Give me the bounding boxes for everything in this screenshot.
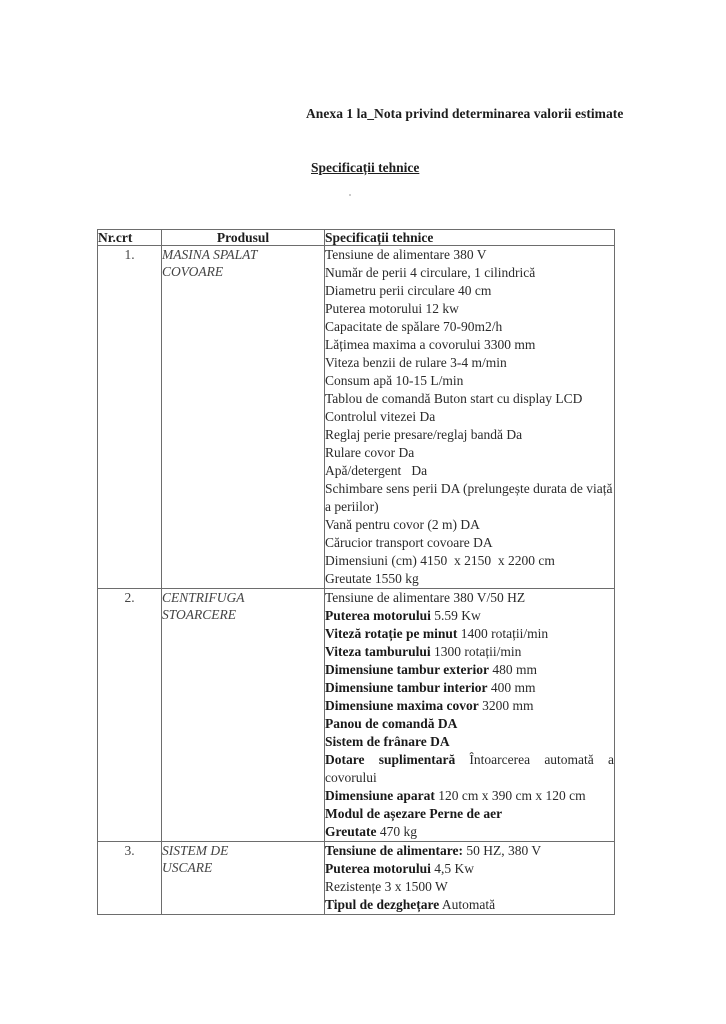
spec-line: Puterea motorului 12 kw bbox=[325, 300, 614, 318]
spec-value: Diametru perii circulare 40 cm bbox=[325, 283, 491, 298]
spec-line: Viteza benzii de rulare 3-4 m/min bbox=[325, 354, 614, 372]
spec-label: Tensiune de alimentare: bbox=[325, 843, 463, 858]
spec-line: Rezistențe 3 x 1500 W bbox=[325, 878, 614, 896]
spec-line: Panou de comandă DA bbox=[325, 715, 614, 733]
spec-line: Viteză rotație pe minut 1400 rotații/min bbox=[325, 625, 614, 643]
spec-value: 470 kg bbox=[376, 824, 417, 839]
annex-title: Anexa 1 la_Nota privind determinarea val… bbox=[306, 106, 623, 122]
spec-line: Consum apă 10-15 L/min bbox=[325, 372, 614, 390]
product-name: CENTRIFUGA STOARCERE bbox=[162, 589, 272, 623]
spec-line: Vană pentru covor (2 m) DA bbox=[325, 516, 614, 534]
spec-line: Schimbare sens perii DA (prelungește dur… bbox=[325, 480, 614, 516]
spec-line: Puterea motorului 4,5 Kw bbox=[325, 860, 614, 878]
table-row: 1.MASINA SPALAT COVOARETensiune de alime… bbox=[98, 246, 615, 589]
spec-value: Greutate 1550 kg bbox=[325, 571, 419, 586]
spec-label: Puterea motorului bbox=[325, 861, 431, 876]
spec-line: Greutate 1550 kg bbox=[325, 570, 614, 588]
spec-value: Rezistențe 3 x 1500 W bbox=[325, 879, 448, 894]
spec-line: Lățimea maxima a covorului 3300 mm bbox=[325, 336, 614, 354]
spec-line: Dimensiune aparat 120 cm x 390 cm x 120 … bbox=[325, 787, 614, 805]
spec-label: Dotare suplimentară bbox=[325, 752, 455, 767]
spec-line: Tensiune de alimentare 380 V bbox=[325, 246, 614, 264]
spec-value: Lățimea maxima a covorului 3300 mm bbox=[325, 337, 535, 352]
spec-label: Dimensiune maxima covor bbox=[325, 698, 479, 713]
spec-label: Viteza tamburului bbox=[325, 644, 431, 659]
table-row: 3.SISTEM DE USCARETensiune de alimentare… bbox=[98, 842, 615, 915]
spec-value: Număr de perii 4 circulare, 1 cilindrică bbox=[325, 265, 535, 280]
spec-line: Dimensiune tambur interior 400 mm bbox=[325, 679, 614, 697]
specifications-cell: Tensiune de alimentare 380 V/50 HZPutere… bbox=[325, 589, 615, 842]
product-name: SISTEM DE USCARE bbox=[162, 842, 272, 876]
product-cell: CENTRIFUGA STOARCERE bbox=[162, 589, 325, 842]
spec-line: Tensiune de alimentare 380 V/50 HZ bbox=[325, 589, 614, 607]
spec-value: Tensiune de alimentare 380 V bbox=[325, 247, 487, 262]
product-cell: SISTEM DE USCARE bbox=[162, 842, 325, 915]
spec-value: Consum apă 10-15 L/min bbox=[325, 373, 463, 388]
spec-label: Sistem de frânare DA bbox=[325, 734, 450, 749]
spec-value: Apă/detergent Da bbox=[325, 463, 427, 478]
spec-line: Dimensiune maxima covor 3200 mm bbox=[325, 697, 614, 715]
specifications-cell: Tensiune de alimentare 380 VNumăr de per… bbox=[325, 246, 615, 589]
spec-line: Controlul vitezei Da bbox=[325, 408, 614, 426]
spec-line: Greutate 470 kg bbox=[325, 823, 614, 841]
spec-value: Capacitate de spălare 70-90m2/h bbox=[325, 319, 502, 334]
header-nr-crt: Nr.crt bbox=[98, 230, 162, 246]
spec-line: Reglaj perie presare/reglaj bandă Da bbox=[325, 426, 614, 444]
spec-value: Automată bbox=[439, 897, 495, 912]
spec-value: Viteza benzii de rulare 3-4 m/min bbox=[325, 355, 507, 370]
table-header-row: Nr.crt Produsul Specificații tehnice bbox=[98, 230, 615, 246]
spec-label: Tipul de dezghețare bbox=[325, 897, 439, 912]
spec-line: Rulare covor Da bbox=[325, 444, 614, 462]
spec-line: Sistem de frânare DA bbox=[325, 733, 614, 751]
header-product: Produsul bbox=[162, 230, 325, 246]
spec-value: Dimensiuni (cm) 4150 x 2150 x 2200 cm bbox=[325, 553, 555, 568]
spec-line: Diametru perii circulare 40 cm bbox=[325, 282, 614, 300]
spec-line: Capacitate de spălare 70-90m2/h bbox=[325, 318, 614, 336]
spec-line: Tensiune de alimentare: 50 HZ, 380 V bbox=[325, 842, 614, 860]
spec-value: 4,5 Kw bbox=[431, 861, 474, 876]
spec-line: Dimensiune tambur exterior 480 mm bbox=[325, 661, 614, 679]
spec-value: Reglaj perie presare/reglaj bandă Da bbox=[325, 427, 522, 442]
spec-value: 1300 rotații/min bbox=[431, 644, 522, 659]
spec-label: Dimensiune tambur exterior bbox=[325, 662, 489, 677]
section-title: Specificații tehnice bbox=[311, 160, 419, 176]
spec-line: Puterea motorului 5.59 Kw bbox=[325, 607, 614, 625]
spec-line: Modul de așezare Perne de aer bbox=[325, 805, 614, 823]
spec-value: 120 cm x 390 cm x 120 cm bbox=[435, 788, 586, 803]
spec-value: Cărucior transport covoare DA bbox=[325, 535, 493, 550]
spec-line: Tablou de comandă Buton start cu display… bbox=[325, 390, 614, 408]
spec-value: Tablou de comandă Buton start cu display… bbox=[325, 391, 582, 406]
spec-label: Puterea motorului bbox=[325, 608, 431, 623]
spec-line: Număr de perii 4 circulare, 1 cilindrică bbox=[325, 264, 614, 282]
table-row: 2.CENTRIFUGA STOARCERETensiune de alimen… bbox=[98, 589, 615, 842]
technical-specifications-table: Nr.crt Produsul Specificații tehnice 1.M… bbox=[97, 229, 615, 915]
spec-value: Schimbare sens perii DA (prelungește dur… bbox=[325, 481, 616, 514]
spec-label: Modul de așezare Perne de aer bbox=[325, 806, 502, 821]
spec-value: Puterea motorului 12 kw bbox=[325, 301, 459, 316]
spec-line: Apă/detergent Da bbox=[325, 462, 614, 480]
product-cell: MASINA SPALAT COVOARE bbox=[162, 246, 325, 589]
row-number: 1. bbox=[98, 246, 162, 589]
specifications-cell: Tensiune de alimentare: 50 HZ, 380 VPute… bbox=[325, 842, 615, 915]
row-number: 2. bbox=[98, 589, 162, 842]
product-name: MASINA SPALAT COVOARE bbox=[162, 246, 272, 280]
row-number: 3. bbox=[98, 842, 162, 915]
spec-value: 400 mm bbox=[488, 680, 536, 695]
spec-value: Controlul vitezei Da bbox=[325, 409, 435, 424]
spec-line: Viteza tamburului 1300 rotații/min bbox=[325, 643, 614, 661]
spec-value: 5.59 Kw bbox=[431, 608, 481, 623]
header-specifications: Specificații tehnice bbox=[325, 230, 615, 246]
spec-line: Tipul de dezghețare Automată bbox=[325, 896, 614, 914]
spec-value: Vană pentru covor (2 m) DA bbox=[325, 517, 480, 532]
spec-label: Dimensiune tambur interior bbox=[325, 680, 488, 695]
spec-label: Dimensiune aparat bbox=[325, 788, 435, 803]
spec-value: Rulare covor Da bbox=[325, 445, 414, 460]
spec-line: Dimensiuni (cm) 4150 x 2150 x 2200 cm bbox=[325, 552, 614, 570]
spec-label: Panou de comandă DA bbox=[325, 716, 457, 731]
spec-label: Viteză rotație pe minut bbox=[325, 626, 457, 641]
spec-line: Cărucior transport covoare DA bbox=[325, 534, 614, 552]
spec-label: Greutate bbox=[325, 824, 376, 839]
spec-value: 50 HZ, 380 V bbox=[463, 843, 541, 858]
spec-value: 1400 rotații/min bbox=[457, 626, 548, 641]
spec-value: 480 mm bbox=[489, 662, 537, 677]
spec-value: 3200 mm bbox=[479, 698, 534, 713]
spec-line: Dotare suplimentară Întoarcerea automată… bbox=[325, 751, 614, 787]
scan-artifact bbox=[349, 194, 351, 196]
spec-value: Tensiune de alimentare 380 V/50 HZ bbox=[325, 590, 525, 605]
